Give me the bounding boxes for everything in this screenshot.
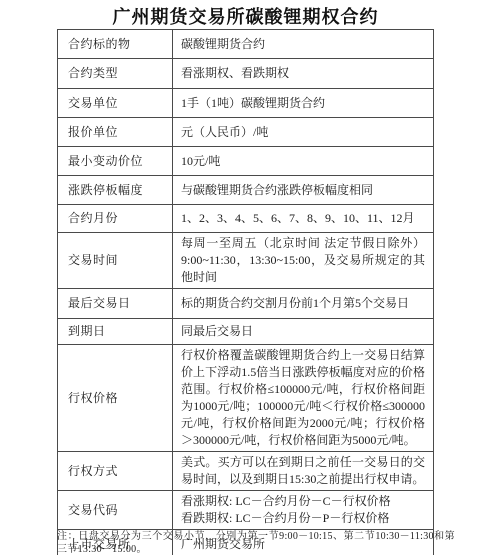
page-title: 广州期货交易所碳酸锂期权合约 bbox=[0, 3, 491, 29]
row-value: 看涨期权、看跌期权 bbox=[173, 59, 434, 89]
table-row: 合约月份1、2、3、4、5、6、7、8、9、10、11、12月 bbox=[58, 205, 434, 233]
table-row: 行权方式美式。买方可以在到期日之前任一交易日的交易时间，以及到期日15:30之前… bbox=[58, 452, 434, 491]
table-row: 交易单位1手（1吨）碳酸锂期货合约 bbox=[58, 89, 434, 118]
footnote: 注：日盘交易分为三个交易小节，分别为第一节9:00－10:15、第二节10:30… bbox=[57, 530, 455, 555]
row-value: 碳酸锂期货合约 bbox=[173, 30, 434, 59]
row-value: 1、2、3、4、5、6、7、8、9、10、11、12月 bbox=[173, 205, 434, 233]
row-value: 每周一至周五（北京时间 法定节假日除外）9:00~11:30，13:30~15:… bbox=[173, 233, 434, 289]
table-row: 最后交易日标的期货合约交割月份前1个月第5个交易日 bbox=[58, 289, 434, 319]
contract-spec-table: 合约标的物碳酸锂期货合约合约类型看涨期权、看跌期权交易单位1手（1吨）碳酸锂期货… bbox=[57, 29, 434, 555]
table-row: 合约标的物碳酸锂期货合约 bbox=[58, 30, 434, 59]
row-value: 美式。买方可以在到期日之前任一交易日的交易时间，以及到期日15:30之前提出行权… bbox=[173, 452, 434, 491]
row-value: 10元/吨 bbox=[173, 147, 434, 176]
document-page: 广州期货交易所碳酸锂期权合约 合约标的物碳酸锂期货合约合约类型看涨期权、看跌期权… bbox=[0, 0, 499, 555]
row-label: 合约月份 bbox=[58, 205, 173, 233]
row-value: 元（人民币）/吨 bbox=[173, 118, 434, 147]
row-label: 到期日 bbox=[58, 319, 173, 345]
row-value: 1手（1吨）碳酸锂期货合约 bbox=[173, 89, 434, 118]
contract-table-body: 合约标的物碳酸锂期货合约合约类型看涨期权、看跌期权交易单位1手（1吨）碳酸锂期货… bbox=[58, 30, 434, 555]
table-row: 合约类型看涨期权、看跌期权 bbox=[58, 59, 434, 89]
row-label: 交易代码 bbox=[58, 491, 173, 530]
row-value: 与碳酸锂期货合约涨跌停板幅度相同 bbox=[173, 176, 434, 205]
row-value: 同最后交易日 bbox=[173, 319, 434, 345]
table-row: 交易时间每周一至周五（北京时间 法定节假日除外）9:00~11:30，13:30… bbox=[58, 233, 434, 289]
row-label: 最小变动价位 bbox=[58, 147, 173, 176]
table-row: 交易代码看涨期权: LC－合约月份－C－行权价格 看跌期权: LC－合约月份－P… bbox=[58, 491, 434, 530]
table-row: 最小变动价位10元/吨 bbox=[58, 147, 434, 176]
row-value: 标的期货合约交割月份前1个月第5个交易日 bbox=[173, 289, 434, 319]
row-label: 合约类型 bbox=[58, 59, 173, 89]
row-label: 最后交易日 bbox=[58, 289, 173, 319]
row-label: 报价单位 bbox=[58, 118, 173, 147]
row-value: 看涨期权: LC－合约月份－C－行权价格 看跌期权: LC－合约月份－P－行权价… bbox=[173, 491, 434, 530]
row-label: 交易单位 bbox=[58, 89, 173, 118]
table-row: 到期日同最后交易日 bbox=[58, 319, 434, 345]
table-row: 涨跌停板幅度与碳酸锂期货合约涨跌停板幅度相同 bbox=[58, 176, 434, 205]
row-label: 行权价格 bbox=[58, 345, 173, 452]
row-label: 交易时间 bbox=[58, 233, 173, 289]
table-row: 报价单位元（人民币）/吨 bbox=[58, 118, 434, 147]
row-label: 合约标的物 bbox=[58, 30, 173, 59]
row-label: 涨跌停板幅度 bbox=[58, 176, 173, 205]
row-label: 行权方式 bbox=[58, 452, 173, 491]
row-value: 行权价格覆盖碳酸锂期货合约上一交易日结算价上下浮动1.5倍当日涨跌停板幅度对应的… bbox=[173, 345, 434, 452]
table-row: 行权价格行权价格覆盖碳酸锂期货合约上一交易日结算价上下浮动1.5倍当日涨跌停板幅… bbox=[58, 345, 434, 452]
